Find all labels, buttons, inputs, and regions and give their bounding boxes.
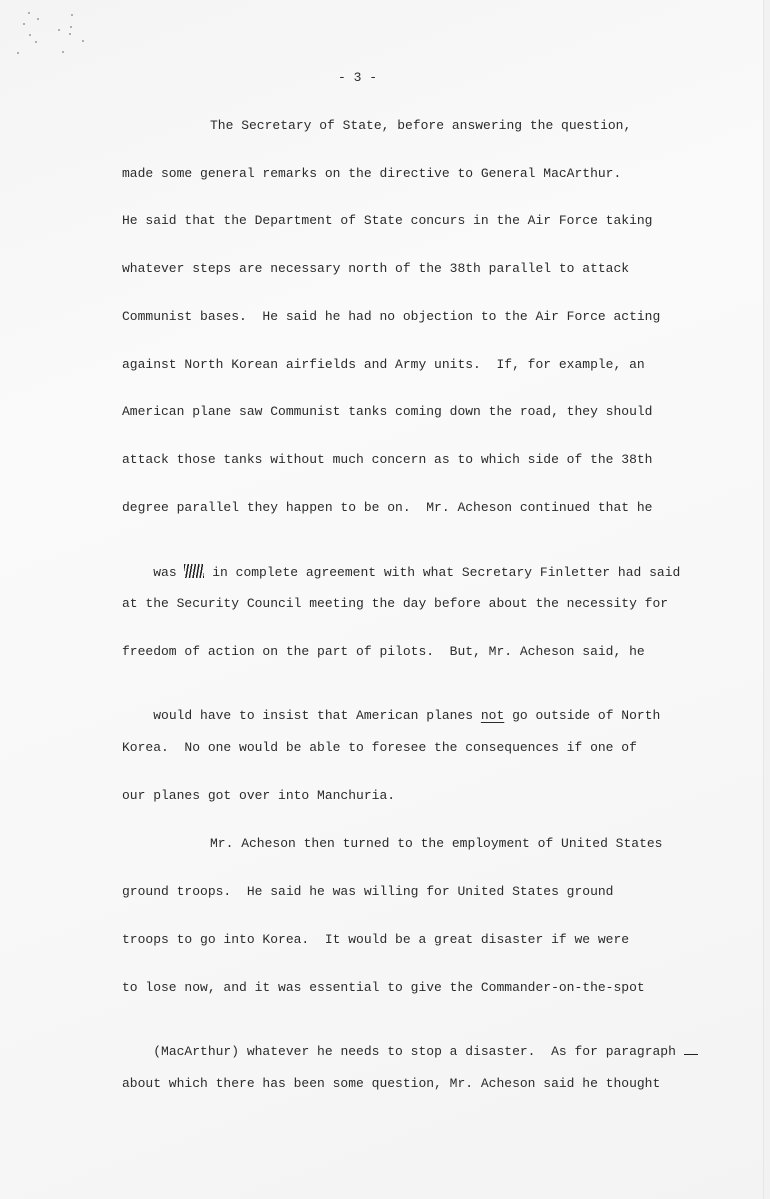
text-line: Communist bases. He said he had no objec… (122, 309, 660, 325)
text-line: He said that the Department of State con… (122, 213, 653, 229)
text-line: troops to go into Korea. It would be a g… (122, 932, 629, 948)
text-line: The Secretary of State, before answering… (210, 118, 631, 134)
text-line: would have to insist that American plane… (122, 692, 660, 740)
text-segment: was (153, 565, 184, 580)
page-number: - 3 - (338, 70, 377, 86)
text-line: made some general remarks on the directi… (122, 166, 621, 182)
paper-specks (15, 8, 95, 68)
text-line: against North Korean airfields and Army … (122, 357, 645, 373)
text-line: was in complete agreement with what Secr… (122, 548, 680, 597)
text-line: about which there has been some question… (122, 1076, 660, 1092)
text-line: whatever steps are necessary north of th… (122, 261, 629, 277)
text-line: our planes got over into Manchuria. (122, 788, 395, 804)
text-line: (MacArthur) whatever he needs to stop a … (122, 1028, 698, 1076)
text-line: ground troops. He said he was willing fo… (122, 884, 613, 900)
text-segment: (MacArthur) whatever he needs to stop a … (153, 1044, 684, 1059)
struck-out-word (184, 564, 204, 578)
text-line: at the Security Council meeting the day … (122, 596, 668, 612)
text-segment: in complete agreement with what Secretar… (204, 565, 680, 580)
text-line: Mr. Acheson then turned to the employmen… (210, 836, 662, 852)
text-line: Korea. No one would be able to foresee t… (122, 740, 637, 756)
blank-paragraph-number (684, 1044, 698, 1055)
text-segment: would have to insist that American plane… (153, 708, 481, 723)
text-segment: go outside of North (504, 708, 660, 723)
text-line: American plane saw Communist tanks comin… (122, 404, 653, 420)
text-line: freedom of action on the part of pilots.… (122, 644, 645, 660)
document-page: - 3 - The Secretary of State, before ans… (0, 0, 763, 1199)
text-line: degree parallel they happen to be on. Mr… (122, 500, 653, 516)
text-line: to lose now, and it was essential to giv… (122, 980, 645, 996)
underlined-word: not (481, 708, 504, 723)
text-line: attack those tanks without much concern … (122, 452, 653, 468)
